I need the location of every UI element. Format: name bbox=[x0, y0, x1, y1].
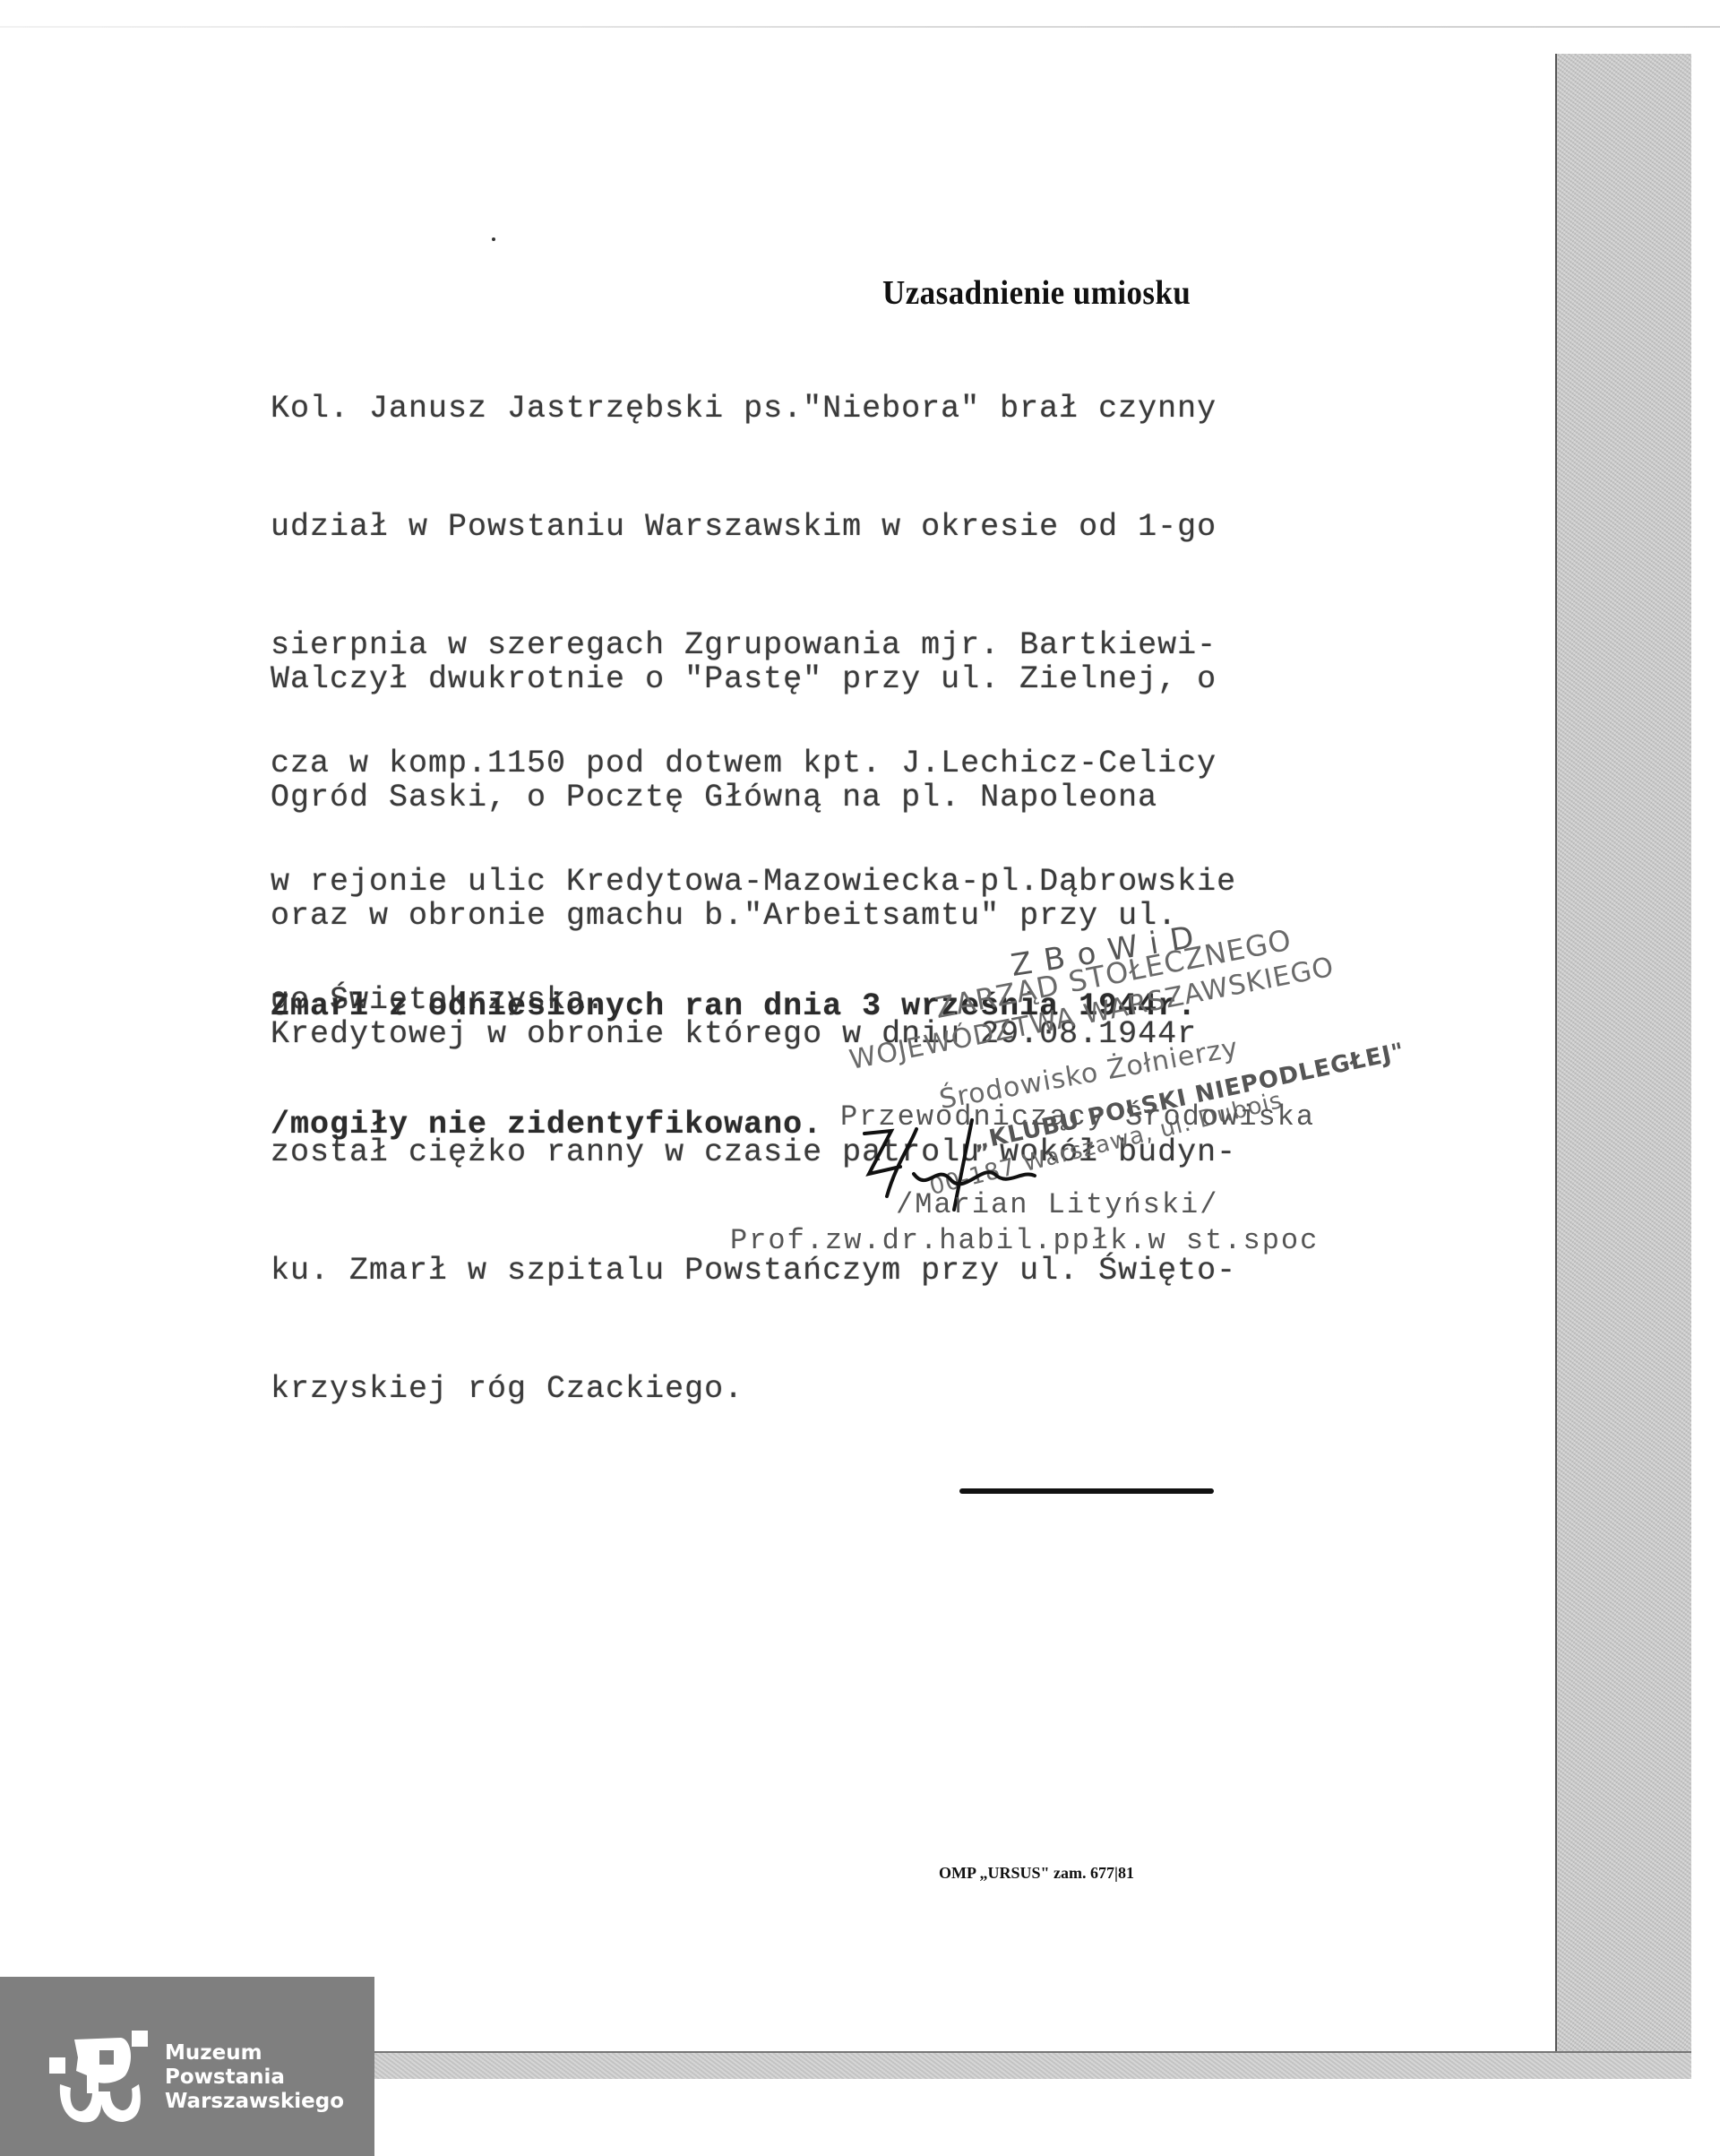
scan-shadow-right bbox=[1555, 54, 1691, 2077]
museum-name-line: Powstania bbox=[165, 2065, 344, 2090]
kotwica-anchor-icon bbox=[49, 2022, 152, 2129]
museum-name-line: Warszawskiego bbox=[165, 2090, 344, 2114]
museum-watermark: Muzeum Powstania Warszawskiego bbox=[0, 1977, 374, 2156]
ink-speck bbox=[492, 237, 495, 241]
scan-top-edge bbox=[0, 26, 1720, 28]
signatory-credentials: Prof.zw.dr.habil.ppłk.w st.spoc bbox=[730, 1224, 1319, 1257]
document-title: Uzasadnienie umiosku bbox=[882, 273, 1191, 313]
text-line: Walczył dwukrotnie o "Pastę" przy ul. Zi… bbox=[271, 660, 1236, 699]
scan-shadow-bottom bbox=[374, 2051, 1691, 2079]
museum-name-line: Muzeum bbox=[165, 2041, 344, 2065]
text-line: Ogród Saski, o Pocztę Główną na pl. Napo… bbox=[271, 778, 1236, 817]
print-mark: OMP „URSUS" zam. 677|81 bbox=[939, 1864, 1134, 1883]
signatory-name: /Marian Lityński/ bbox=[896, 1188, 1218, 1221]
text-line: krzyskiej róg Czackiego. bbox=[271, 1369, 1236, 1409]
text-line: Kol. Janusz Jastrzębski ps."Niebora" bra… bbox=[271, 389, 1236, 428]
museum-name: Muzeum Powstania Warszawskiego bbox=[165, 2041, 344, 2114]
closing-rule bbox=[959, 1488, 1214, 1494]
text-line: udział w Powstaniu Warszawskim w okresie… bbox=[271, 507, 1236, 547]
